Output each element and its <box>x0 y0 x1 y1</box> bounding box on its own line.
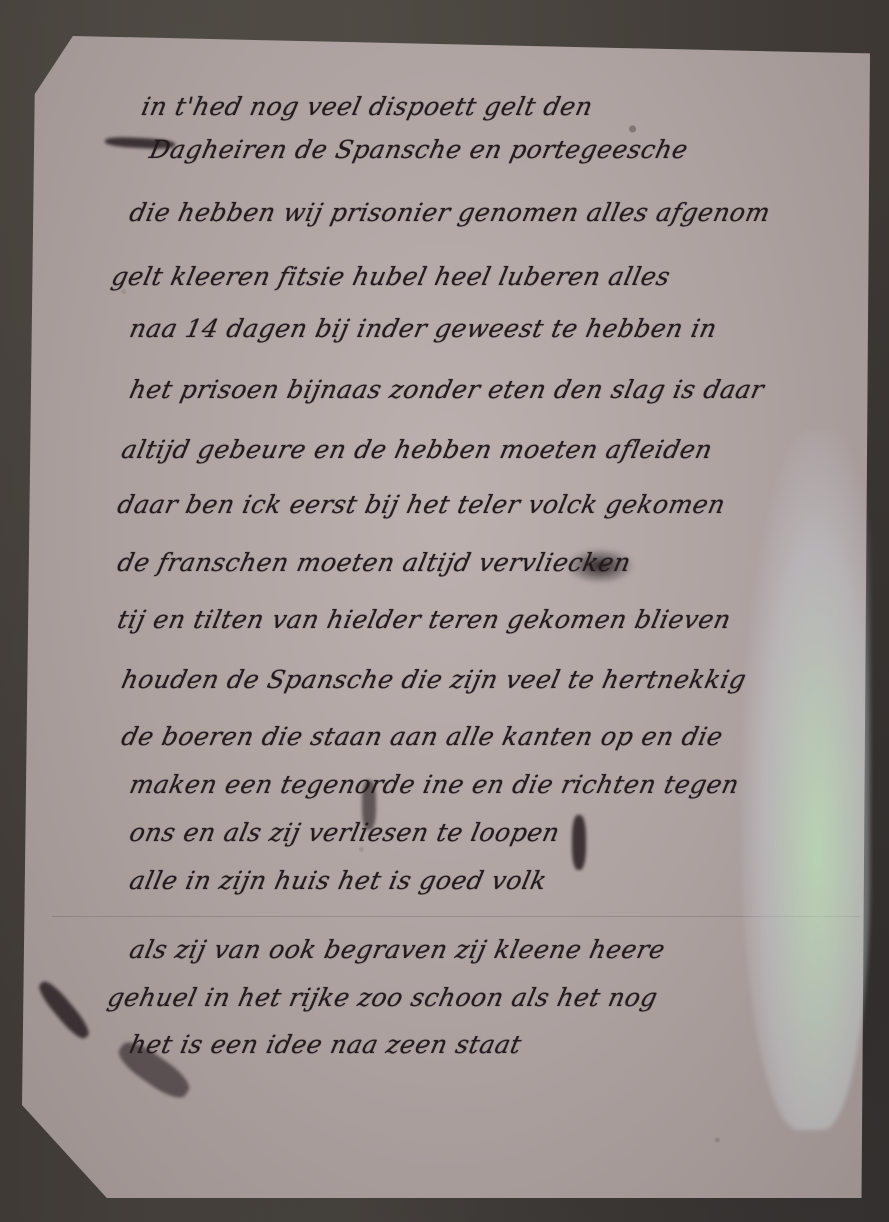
text-line: tij en tilten van hielder teren gekomen … <box>115 605 734 634</box>
text-line: maken een tegenorde ine en die richten t… <box>127 770 742 799</box>
text-line: houden de Spansche die zijn veel te hert… <box>119 665 749 694</box>
text-line: Dagheiren de Spansche en portegeesche <box>147 135 691 164</box>
text-line: daar ben ick eerst bij het teler volck g… <box>115 490 728 519</box>
text-line: ons en als zij verliesen te loopen <box>127 818 563 847</box>
text-line: gehuel in het rijke zoo schoon als het n… <box>105 983 660 1012</box>
text-line: die hebben wij prisonier genomen alles a… <box>127 198 773 227</box>
text-line: de boeren die staan aan alle kanten op e… <box>119 722 726 751</box>
text-line: altijd gebeure en de hebben moeten aflei… <box>119 435 715 464</box>
text-line: de franschen moeten altijd vervliecken <box>115 548 634 577</box>
handwritten-text: in t'hed nog veel dispoett gelt den Dagh… <box>0 0 889 1222</box>
text-line: gelt kleeren fitsie hubel heel luberen a… <box>109 262 673 291</box>
text-line: in t'hed nog veel dispoett gelt den <box>139 92 596 121</box>
text-line: als zij van ook begraven zij kleene heer… <box>127 935 668 964</box>
text-line: naa 14 dagen bij inder geweest te hebben… <box>127 314 720 343</box>
text-line: het is een idee naa zeen staat <box>127 1030 524 1059</box>
text-line: alle in zijn huis het is goed volk <box>127 866 550 895</box>
text-line: het prisoen bijnaas zonder eten den slag… <box>127 375 767 404</box>
